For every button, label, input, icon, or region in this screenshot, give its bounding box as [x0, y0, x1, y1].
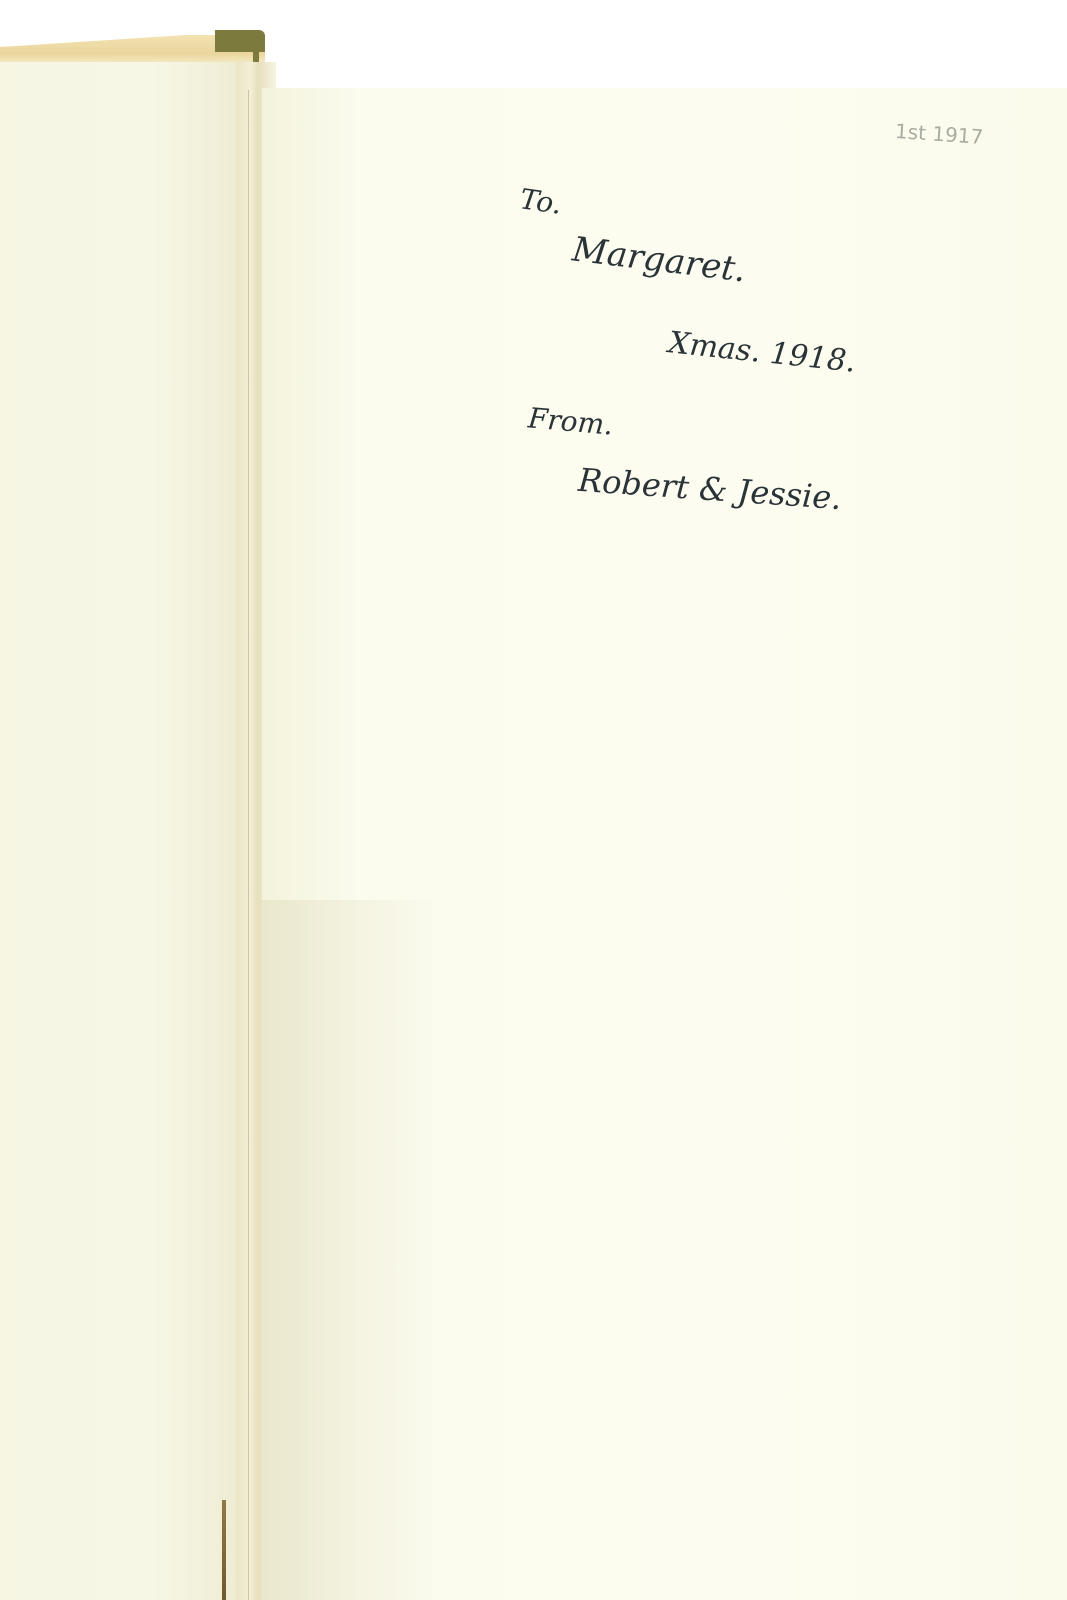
- hinge-crack: [222, 1500, 226, 1600]
- gutter-fold-line: [248, 90, 249, 1600]
- inscription-to: To.: [518, 182, 564, 220]
- page-shadow: [262, 900, 442, 1600]
- pastedown-endpaper: [0, 62, 255, 1600]
